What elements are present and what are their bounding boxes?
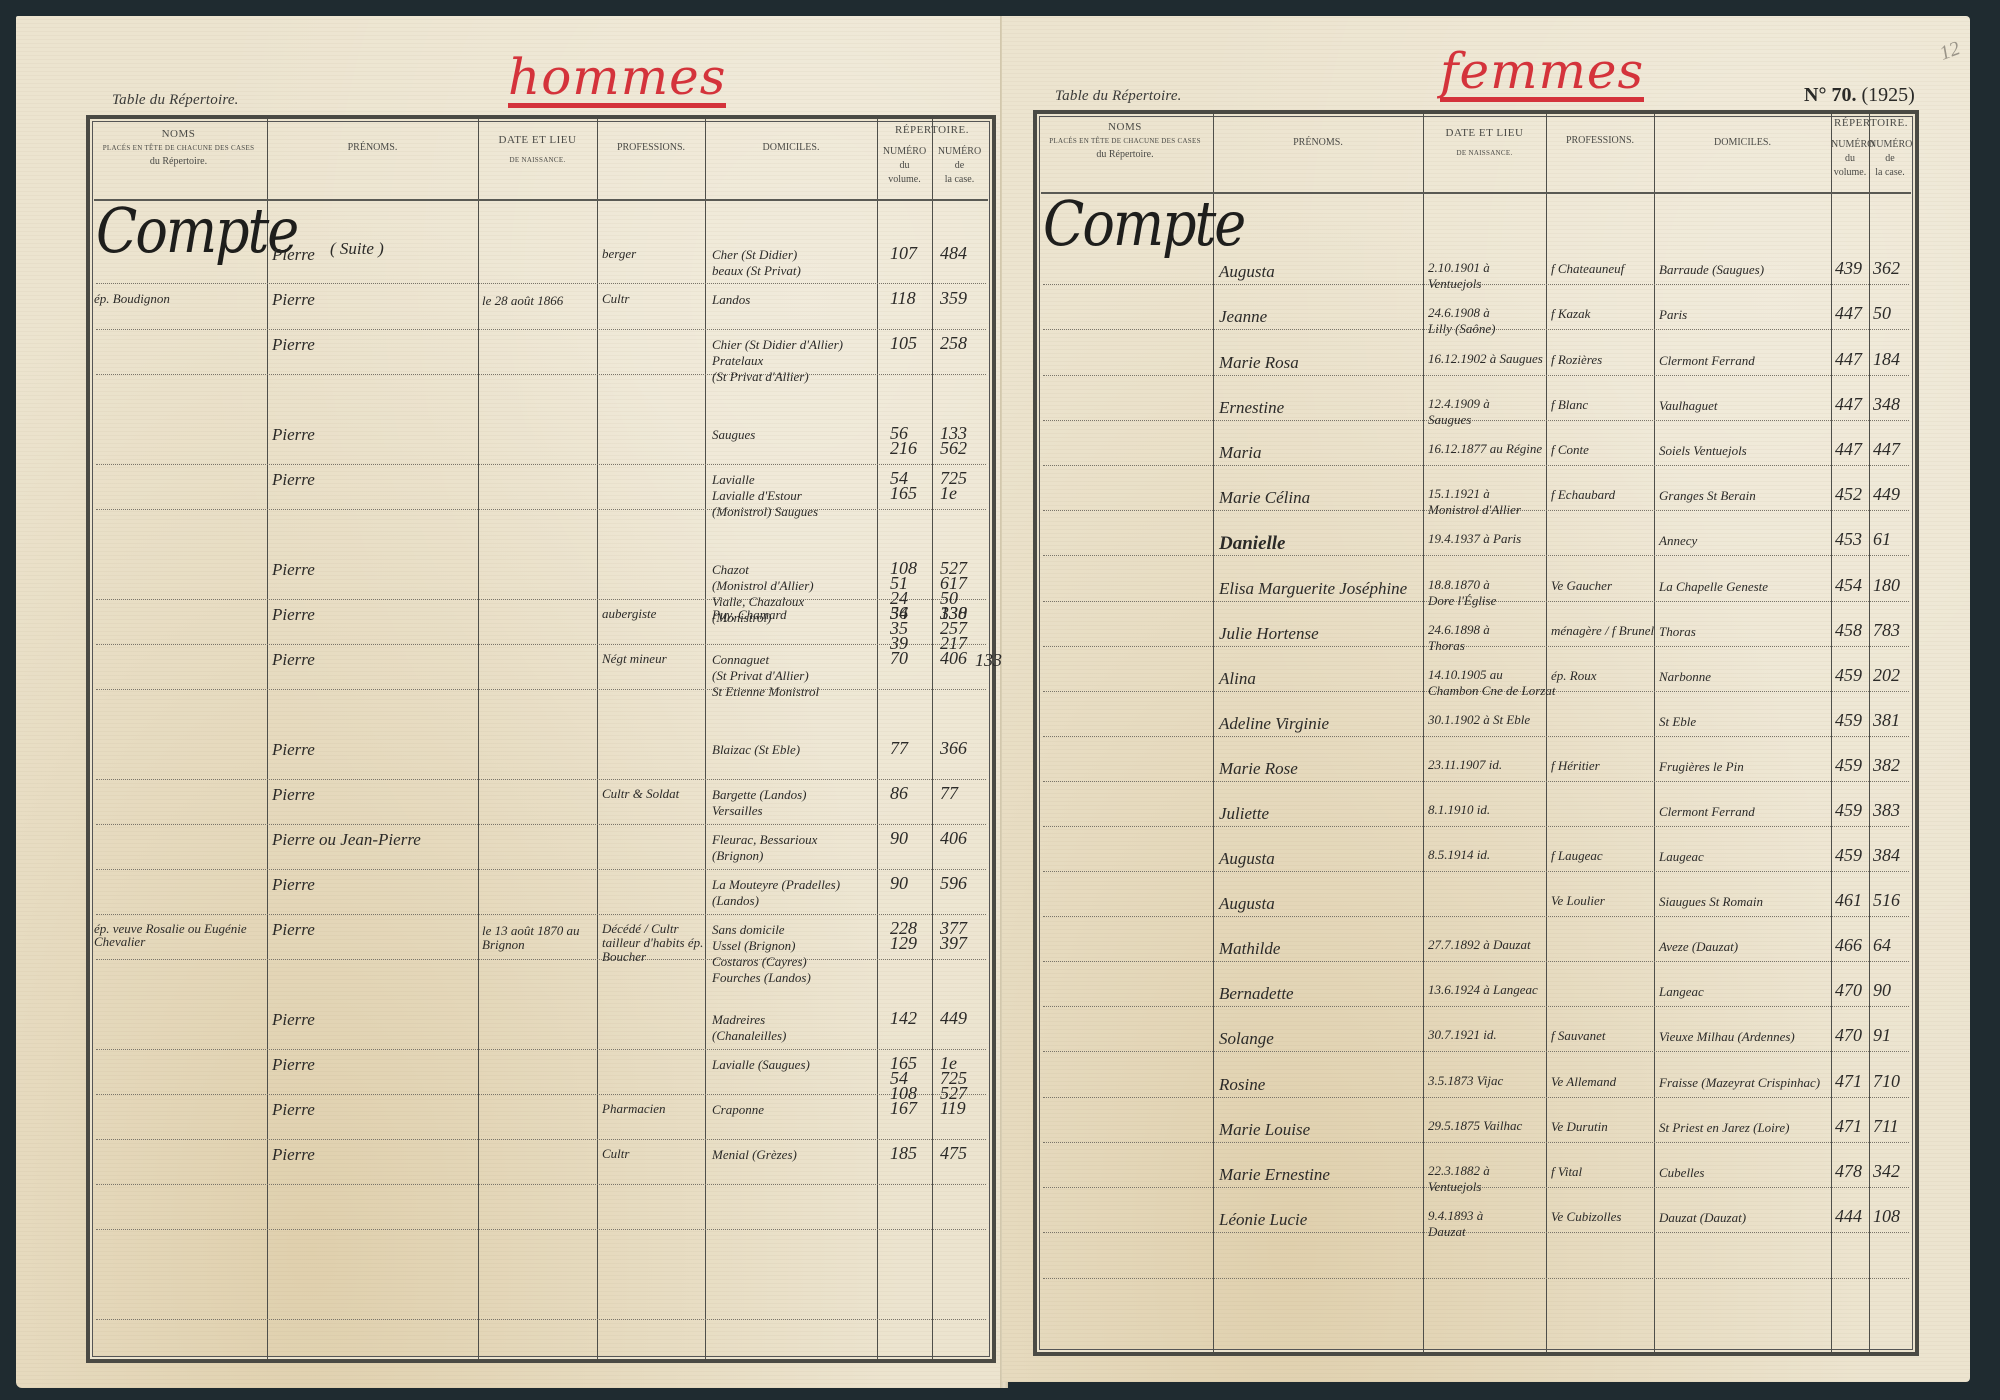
- entry-date: 24.6.1908 à: [1428, 305, 1490, 321]
- entry-prenom: Julie Hortense: [1219, 624, 1319, 644]
- entry-date: 8.1.1910 id.: [1428, 802, 1490, 818]
- entry-domicile: Saugues: [712, 427, 755, 443]
- entry-domicile: St Etienne Monistrol: [712, 684, 819, 700]
- row-rule: [1043, 646, 1909, 647]
- entry-domicile: Siaugues St Romain: [1659, 894, 1763, 910]
- entry-case: 90: [1873, 980, 1891, 1001]
- entry-volume: 444: [1835, 1206, 1862, 1227]
- col-divider: [1654, 114, 1655, 1352]
- entry-profession: Cultr & Soldat: [602, 787, 679, 801]
- entry-domicile: Vaulhaguet: [1659, 398, 1718, 414]
- th-noms: NOMS PLACÉS EN TÊTE DE CHACUNE DES CASES…: [1037, 120, 1213, 162]
- entry-volume: 454: [1835, 575, 1862, 596]
- entry-prenom: Solange: [1219, 1029, 1274, 1049]
- entry-profession: f Rozières: [1551, 353, 1602, 367]
- entry-prenom: Pierre: [272, 875, 315, 895]
- left-header-label: Table du Répertoire.: [112, 92, 239, 109]
- entry-date: Ventuejols: [1428, 1179, 1481, 1195]
- row-rule: [96, 283, 986, 284]
- entry-case: 119: [940, 1098, 966, 1119]
- row-rule: [96, 1319, 986, 1320]
- col-divider: [597, 119, 598, 1359]
- entry-case: 406: [940, 648, 967, 669]
- entry-domicile: Barraude (Saugues): [1659, 262, 1764, 278]
- entry-domicile: Versailles: [712, 803, 763, 819]
- entry-prenom: Pierre: [272, 920, 315, 940]
- th-numero-case: NUMÉROdela case.: [932, 145, 987, 187]
- entry-profession: f Echaubard: [1551, 488, 1615, 502]
- entry-date: Ventuejols: [1428, 276, 1481, 292]
- entry-date: Dauzat: [1428, 1224, 1466, 1240]
- entry-case: 108: [1873, 1206, 1900, 1227]
- entry-domicile: Frugières le Pin: [1659, 759, 1744, 775]
- entry-case: 184: [1873, 349, 1900, 370]
- entry-case: 406: [940, 828, 967, 849]
- row-rule: [1043, 465, 1909, 466]
- entry-date: 8.5.1914 id.: [1428, 847, 1490, 863]
- row-rule: [96, 464, 986, 465]
- entry-prenom: Marie Ernestine: [1219, 1165, 1330, 1185]
- entry-case: 447: [1873, 439, 1900, 460]
- entry-volume: 447: [1835, 303, 1862, 324]
- entry-case: 366: [940, 738, 967, 759]
- entry-nom: ép. veuve Rosalie ou Eugénie Chevalier: [94, 922, 266, 948]
- title-text: femmes: [1440, 42, 1644, 100]
- entry-profession: aubergiste: [602, 607, 656, 621]
- entry-domicile: Sans domicile: [712, 922, 785, 938]
- entry-date: le 28 août 1866: [482, 294, 563, 308]
- entry-profession: Cultr: [602, 1147, 629, 1161]
- entry-case: 596: [940, 873, 967, 894]
- entry-domicile: Fleurac, Bessarioux: [712, 832, 817, 848]
- entry-volume: 452: [1835, 484, 1862, 505]
- entry-domicile: St Priest en Jarez (Loire): [1659, 1120, 1789, 1136]
- entry-volume: 90: [890, 873, 908, 894]
- entry-date: 15.1.1921 à: [1428, 486, 1490, 502]
- entry-prenom: Ernestine: [1219, 398, 1284, 418]
- entry-domicile: Blaizac (St Eble): [712, 742, 800, 758]
- entry-domicile: Madreires: [712, 1012, 765, 1028]
- entry-prenom: Juliette: [1219, 804, 1269, 824]
- entry-case: 77: [940, 783, 958, 804]
- entry-volume: 478: [1835, 1161, 1862, 1182]
- entry-profession: f Kazak: [1551, 307, 1590, 321]
- entry-prenom: Pierre: [272, 1055, 315, 1075]
- entry-volume: 216: [890, 438, 917, 459]
- entry-volume: 185: [890, 1143, 917, 1164]
- entry-profession: f Laugeac: [1551, 849, 1603, 863]
- entry-profession: ménagère / f Brunel: [1551, 624, 1654, 638]
- th-prenoms: PRÉNOMS.: [267, 141, 478, 155]
- row-rule: [1043, 736, 1909, 737]
- entry-volume: 471: [1835, 1116, 1862, 1137]
- entry-domicile: (Chanaleilles): [712, 1028, 786, 1044]
- th-domiciles: DOMICILES.: [705, 141, 877, 155]
- entry-prenom: Augusta: [1219, 262, 1275, 282]
- entry-domicile: (Monistrol) Saugues: [712, 504, 818, 520]
- entry-case: 384: [1873, 845, 1900, 866]
- col-divider: [1423, 114, 1424, 1352]
- entry-domicile: Laugeac: [1659, 849, 1704, 865]
- row-rule: [1043, 555, 1909, 556]
- entry-prenom: Marie Rose: [1219, 759, 1298, 779]
- entry-domicile: Bargette (Landos): [712, 787, 806, 803]
- entry-prenom: Bernadette: [1219, 984, 1294, 1004]
- entry-domicile: Vieuxe Milhau (Ardennes): [1659, 1029, 1795, 1045]
- th-numero-volume: NUMÉROduvolume.: [877, 145, 932, 187]
- entry-prenom: Pierre: [272, 785, 315, 805]
- entry-volume: 471: [1835, 1071, 1862, 1092]
- right-title-femmes: femmes: [1440, 42, 1644, 100]
- entry-prenom: Pierre ou Jean-Pierre: [272, 830, 421, 850]
- entry-prenom: Pierre: [272, 470, 315, 490]
- entry-domicile: Pratelaux: [712, 353, 763, 369]
- entry-volume: 165: [890, 483, 917, 504]
- row-rule: [96, 1049, 986, 1050]
- entry-prenom: Augusta: [1219, 849, 1275, 869]
- entry-profession: f Sauvanet: [1551, 1029, 1606, 1043]
- col-divider: [877, 119, 878, 1359]
- entry-domicile: (St Privat d'Allier): [712, 668, 809, 684]
- col-divider: [478, 119, 479, 1359]
- entry-domicile: Soiels Ventuejols: [1659, 443, 1747, 459]
- entry-profession: f Vital: [1551, 1165, 1582, 1179]
- th-date-lieu: DATE ET LIEU DE NAISSANCE.: [478, 133, 597, 167]
- entry-date: 27.7.1892 à Dauzat: [1428, 937, 1531, 953]
- entry-volume: 459: [1835, 755, 1862, 776]
- entry-domicile: (Monistrol d'Allier): [712, 578, 814, 594]
- row-rule: [96, 1139, 986, 1140]
- left-title-hommes: hommes: [508, 48, 726, 106]
- entry-prenom: Pierre: [272, 605, 315, 625]
- th-professions: PROFESSIONS.: [597, 141, 705, 155]
- entry-domicile: (St Privat d'Allier): [712, 369, 809, 385]
- entry-volume: 439: [1835, 258, 1862, 279]
- entry-volume: 447: [1835, 439, 1862, 460]
- entry-profession: Pharmacien: [602, 1102, 666, 1116]
- row-rule: [96, 914, 986, 915]
- entry-date: 2.10.1901 à: [1428, 260, 1490, 276]
- entry-domicile: Lavialle d'Estour: [712, 488, 802, 504]
- entry-case: 348: [1873, 394, 1900, 415]
- col-divider: [705, 119, 706, 1359]
- entry-case: 783: [1873, 620, 1900, 641]
- entry-date: Dore l'Église: [1428, 593, 1496, 609]
- entry-volume: 129: [890, 933, 917, 954]
- entry-case: 562: [940, 438, 967, 459]
- row-rule: [96, 1094, 986, 1095]
- entry-volume: 466: [1835, 935, 1862, 956]
- entry-volume: 167: [890, 1098, 917, 1119]
- entry-date: le 13 août 1870 au Brignon: [482, 924, 597, 952]
- col-divider: [1869, 114, 1870, 1352]
- row-rule: [96, 644, 986, 645]
- row-rule: [1043, 1142, 1909, 1143]
- entry-prenom: Adeline Virginie: [1219, 714, 1329, 734]
- entry-prenom: Pierre: [272, 1100, 315, 1120]
- col-divider: [932, 119, 933, 1359]
- entry-volume: 459: [1835, 845, 1862, 866]
- right-table-frame: NOMS PLACÉS EN TÊTE DE CHACUNE DES CASES…: [1033, 110, 1919, 1356]
- row-rule: [1043, 375, 1909, 376]
- entry-date: 13.6.1924 à Langeac: [1428, 982, 1538, 998]
- entry-profession: f Héritier: [1551, 759, 1600, 773]
- entry-domicile: Langeac: [1659, 984, 1704, 1000]
- entry-volume: 86: [890, 783, 908, 804]
- entry-volume: 447: [1835, 394, 1862, 415]
- entry-date: 16.12.1902 à Saugues: [1428, 351, 1543, 367]
- entry-volume: 77: [890, 738, 908, 759]
- row-rule: [1043, 1006, 1909, 1007]
- entry-prenom: Jeanne: [1219, 307, 1267, 327]
- entry-profession: Ve Allemand: [1551, 1075, 1616, 1089]
- entry-domicile: Lavialle (Saugues): [712, 1057, 810, 1073]
- entry-domicile: Narbonne: [1659, 669, 1711, 685]
- entry-volume: 142: [890, 1008, 917, 1029]
- entry-case: 91: [1873, 1025, 1891, 1046]
- entry-prenom: Pierre: [272, 290, 315, 310]
- entry-domicile: Cubelles: [1659, 1165, 1705, 1181]
- entry-case: 180: [1873, 575, 1900, 596]
- entry-domicile: (Brignon): [712, 848, 763, 864]
- entry-prenom: Maria: [1219, 443, 1262, 463]
- continuation-note: ( Suite ): [330, 239, 384, 259]
- th-professions: PROFESSIONS.: [1546, 134, 1654, 148]
- entry-date: 9.4.1893 à: [1428, 1208, 1483, 1224]
- entry-prenom: Marie Célina: [1219, 488, 1310, 508]
- entry-domicile: Dauzat (Dauzat): [1659, 1210, 1746, 1226]
- th-numero-case: NUMÉROdela case.: [1869, 138, 1911, 180]
- left-table-frame: NOMS PLACÉS EN TÊTE DE CHACUNE DES CASES…: [86, 115, 996, 1363]
- row-rule: [96, 689, 986, 690]
- row-rule: [96, 824, 986, 825]
- row-rule: [96, 869, 986, 870]
- entry-case: 1e: [940, 483, 957, 504]
- entry-case: 258: [940, 333, 967, 354]
- entry-case: 397: [940, 933, 967, 954]
- row-rule: [1043, 781, 1909, 782]
- row-rule: [1043, 961, 1909, 962]
- entry-date: Saugues: [1428, 412, 1471, 428]
- entry-profession: Ve Loulier: [1551, 894, 1605, 908]
- th-numero-volume: NUMÉROduvolume.: [1831, 138, 1869, 180]
- entry-profession: Ve Gaucher: [1551, 579, 1612, 593]
- entry-domicile: St Eble: [1659, 714, 1696, 730]
- row-rule: [96, 1184, 986, 1185]
- row-rule: [1043, 826, 1909, 827]
- volume-number: N° 70. (1925): [1804, 84, 1915, 107]
- entry-domicile: Craponne: [712, 1102, 764, 1118]
- entry-case: 61: [1873, 529, 1891, 550]
- right-header-label: Table du Répertoire.: [1055, 88, 1182, 105]
- col-divider: [267, 119, 268, 1359]
- th-domiciles: DOMICILES.: [1654, 136, 1831, 150]
- entry-date: 23.11.1907 id.: [1428, 757, 1502, 773]
- entry-domicile: Chier (St Didier d'Allier): [712, 337, 843, 353]
- entry-case: 202: [1873, 665, 1900, 686]
- th-date-lieu: DATE ET LIEU DE NAISSANCE.: [1423, 126, 1546, 160]
- col-divider: [1546, 114, 1547, 1352]
- row-rule: [1043, 420, 1909, 421]
- row-rule: [96, 374, 986, 375]
- entry-prenom: Pierre: [272, 1010, 315, 1030]
- entry-domicile: Connaguet: [712, 652, 769, 668]
- entry-case: 710: [1873, 1071, 1900, 1092]
- entry-date: Monistrol d'Allier: [1428, 502, 1521, 518]
- entry-domicile: Paris: [1659, 307, 1687, 323]
- entry-profession: berger: [602, 247, 636, 261]
- entry-date: 3.5.1873 Vijac: [1428, 1073, 1503, 1089]
- entry-date: 30.7.1921 id.: [1428, 1027, 1497, 1043]
- entry-prenom: Pierre: [272, 650, 315, 670]
- entry-date: 16.12.1877 au Régine: [1428, 441, 1542, 457]
- entry-domicile: beaux (St Privat): [712, 263, 801, 279]
- entry-profession: Ve Durutin: [1551, 1120, 1608, 1134]
- entry-prenom: Elisa Marguerite Joséphine: [1219, 579, 1407, 599]
- entry-volume: 90: [890, 828, 908, 849]
- entry-domicile: Aveze (Dauzat): [1659, 939, 1738, 955]
- row-rule: [1043, 1278, 1909, 1279]
- entry-domicile: La Mouteyre (Pradelles): [712, 877, 840, 893]
- entry-prenom: Rosine: [1219, 1075, 1265, 1095]
- entry-profession: ép. Roux: [1551, 669, 1596, 683]
- entry-date: 19.4.1937 à Paris: [1428, 531, 1521, 547]
- entry-case: 382: [1873, 755, 1900, 776]
- entry-volume: 118: [890, 288, 916, 309]
- entry-date: 12.4.1909 à: [1428, 396, 1490, 412]
- entry-profession: Négt mineur: [602, 652, 667, 666]
- entry-case: 475: [940, 1143, 967, 1164]
- entry-date: 30.1.1902 à St Eble: [1428, 712, 1530, 728]
- entry-date: 22.3.1882 à: [1428, 1163, 1490, 1179]
- row-rule: [96, 599, 986, 600]
- section-heading-compte: Compte: [1043, 187, 1244, 259]
- entry-domicile: La Chapelle Geneste: [1659, 579, 1768, 595]
- entry-volume: 461: [1835, 890, 1862, 911]
- entry-prenom: Marie Rosa: [1219, 353, 1299, 373]
- entry-volume: 458: [1835, 620, 1862, 641]
- row-rule: [1043, 916, 1909, 917]
- entry-volume: 470: [1835, 1025, 1862, 1046]
- entry-date: Chambon Cne de Lorzat: [1428, 683, 1555, 699]
- th-noms: NOMS PLACÉS EN TÊTE DE CHACUNE DES CASES…: [90, 127, 267, 169]
- entry-prenom: Augusta: [1219, 894, 1275, 914]
- entry-case: 383: [1873, 800, 1900, 821]
- entry-prenom: Pierre: [272, 335, 315, 355]
- entry-domicile: Fraisse (Mazeyrat Crispinhac): [1659, 1075, 1820, 1091]
- entry-domicile: Fourches (Landos): [712, 970, 811, 986]
- entry-volume: 70: [890, 648, 908, 669]
- entry-volume: 470: [1835, 980, 1862, 1001]
- entry-date: 24.6.1898 à: [1428, 622, 1490, 638]
- entry-case: 362: [1873, 258, 1900, 279]
- row-rule: [1043, 1051, 1909, 1052]
- entry-domicile: Puy, Chamard: [712, 607, 787, 623]
- row-rule: [1043, 1232, 1909, 1233]
- entry-case: 342: [1873, 1161, 1900, 1182]
- entry-case: 381: [1873, 710, 1900, 731]
- col-divider: [1213, 114, 1214, 1352]
- row-rule: [96, 329, 986, 330]
- entry-case: 449: [940, 1008, 967, 1029]
- entry-volume: 459: [1835, 800, 1862, 821]
- entry-volume: 107: [890, 243, 917, 264]
- entry-case: 516: [1873, 890, 1900, 911]
- entry-date: Thoras: [1428, 638, 1465, 654]
- entry-prenom: Pierre: [272, 1145, 315, 1165]
- entry-domicile: Landos: [712, 292, 750, 308]
- entry-domicile: Chazot: [712, 562, 749, 578]
- entry-case: 711: [1873, 1116, 1899, 1137]
- entry-case: 484: [940, 243, 967, 264]
- th-repertoire: RÉPERTOIRE.: [1831, 116, 1911, 130]
- entry-domicile: (Landos): [712, 893, 759, 909]
- row-rule: [1043, 1097, 1909, 1098]
- entry-date: 18.8.1870 à: [1428, 577, 1490, 593]
- entry-prenom: Pierre: [272, 245, 315, 265]
- entry-profession: f Blanc: [1551, 398, 1588, 412]
- entry-profession: f Chateauneuf: [1551, 262, 1624, 276]
- entry-prenom: Pierre: [272, 425, 315, 445]
- entry-domicile: Ussel (Brignon): [712, 938, 795, 954]
- entry-prenom: Mathilde: [1219, 939, 1280, 959]
- entry-domicile: Lavialle: [712, 472, 755, 488]
- entry-prenom: Danielle: [1219, 533, 1286, 555]
- th-repertoire: RÉPERTOIRE.: [877, 123, 987, 137]
- entry-volume: 453: [1835, 529, 1862, 550]
- entry-case: 50: [1873, 303, 1891, 324]
- entry-date: Lilly (Saône): [1428, 321, 1496, 337]
- entry-volume: 447: [1835, 349, 1862, 370]
- entry-volume: 105: [890, 333, 917, 354]
- entry-prenom: Alina: [1219, 669, 1256, 689]
- entry-case: 64: [1873, 935, 1891, 956]
- entry-domicile: Menial (Grèzes): [712, 1147, 797, 1163]
- entry-date: 29.5.1875 Vailhac: [1428, 1118, 1522, 1134]
- entry-domicile: Clermont Ferrand: [1659, 804, 1755, 820]
- entry-profession: Décédé / Cultr tailleur d'habits ép. Bou…: [602, 922, 704, 964]
- margin-note: 133: [975, 650, 1002, 671]
- entry-domicile: Granges St Berain: [1659, 488, 1756, 504]
- entry-date: 14.10.1905 au: [1428, 667, 1503, 683]
- col-divider: [1831, 114, 1832, 1352]
- entry-domicile: Clermont Ferrand: [1659, 353, 1755, 369]
- entry-volume: 459: [1835, 710, 1862, 731]
- title-text: hommes: [508, 48, 726, 106]
- row-rule: [96, 959, 986, 960]
- entry-prenom: Léonie Lucie: [1219, 1210, 1307, 1230]
- entry-prenom: Pierre: [272, 560, 315, 580]
- th-prenoms: PRÉNOMS.: [1213, 136, 1423, 150]
- entry-domicile: Annecy: [1659, 533, 1697, 549]
- row-rule: [96, 779, 986, 780]
- row-rule: [1043, 871, 1909, 872]
- entry-nom: ép. Boudignon: [94, 292, 170, 305]
- entry-domicile: Thoras: [1659, 624, 1696, 640]
- entry-domicile: Costaros (Cayres): [712, 954, 807, 970]
- entry-profession: Ve Cubizolles: [1551, 1210, 1621, 1224]
- row-rule: [96, 509, 986, 510]
- entry-case: 449: [1873, 484, 1900, 505]
- entry-volume: 459: [1835, 665, 1862, 686]
- section-heading-compte: Compte: [96, 194, 297, 266]
- entry-domicile: Cher (St Didier): [712, 247, 797, 263]
- entry-profession: Cultr: [602, 292, 629, 306]
- entry-profession: f Conte: [1551, 443, 1589, 457]
- entry-prenom: Pierre: [272, 740, 315, 760]
- row-rule: [96, 1229, 986, 1230]
- entry-prenom: Marie Louise: [1219, 1120, 1310, 1140]
